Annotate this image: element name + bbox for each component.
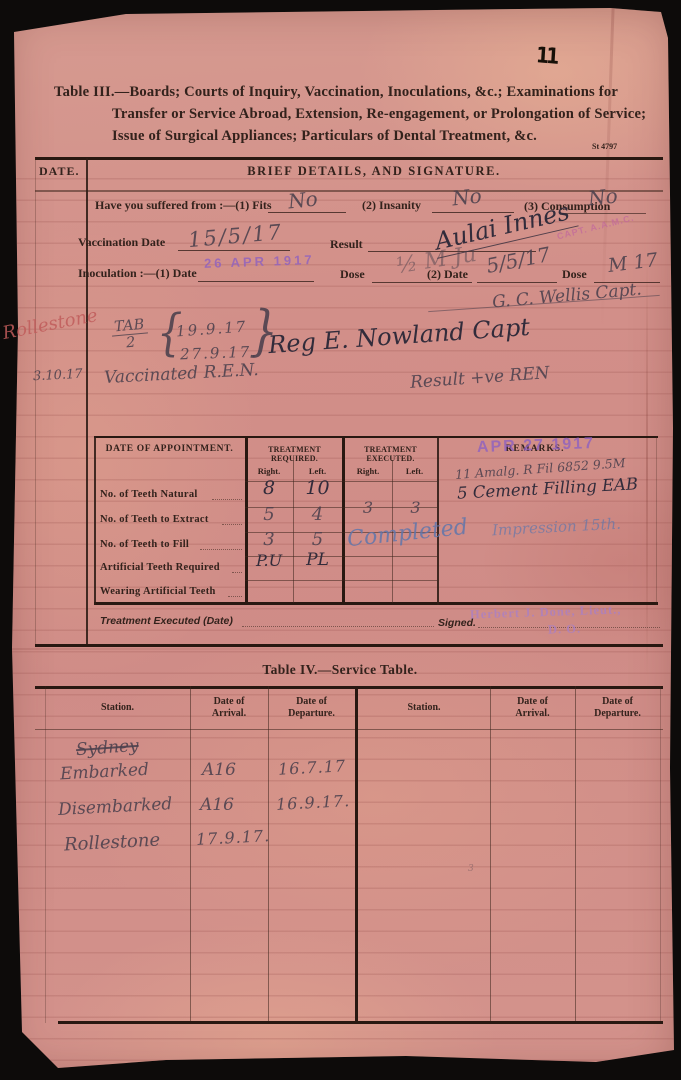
executed-right-subheader: Right. xyxy=(344,467,392,477)
executed-header: TREATMENT EXECUTED. xyxy=(344,445,437,463)
dose1-label: Dose xyxy=(340,268,365,282)
service-header-line xyxy=(35,729,663,730)
dental-leader-1 xyxy=(222,524,242,525)
service-col-line-4 xyxy=(575,686,576,1023)
required-header: TREATMENT REQUIRED. xyxy=(247,445,342,463)
treatment-executed-leader xyxy=(242,626,434,627)
inoculation-label: Inoculation :—(1) Date xyxy=(78,267,197,281)
artificial-required-right: P.U xyxy=(246,551,292,570)
form-title-line-1: Table III.—Boards; Courts of Inquiry, Va… xyxy=(54,84,618,101)
inoculation-date-underline xyxy=(198,281,314,282)
main-table-left-border xyxy=(35,158,36,646)
dental-leader-4 xyxy=(228,596,242,597)
required-left-subheader: Left. xyxy=(293,467,342,477)
scanned-document: 11 Table III.—Boards; Courts of Inquiry,… xyxy=(0,0,681,1080)
insanity-label: (2) Insanity xyxy=(362,199,421,213)
dental-row-line-4 xyxy=(245,580,437,581)
dose1-underline xyxy=(372,282,472,283)
form-title-line-2: Transfer or Service Abroad, Extension, R… xyxy=(112,106,646,123)
ink-mark: 11 xyxy=(535,43,557,70)
dose2-label: Dose xyxy=(562,268,587,282)
service-header-departure-1: Date of Departure. xyxy=(268,696,355,719)
service-middle-border xyxy=(355,686,358,1023)
artificial-required-left: PL xyxy=(294,550,341,570)
suffered-from-label: Have you suffered from :—(1) Fits xyxy=(95,199,272,213)
tab-number: 2 xyxy=(112,333,149,352)
service-row-1-departure: 16.7.17 xyxy=(278,756,347,779)
date-column-header: DATE. xyxy=(39,165,79,179)
main-table-top-border xyxy=(35,157,663,160)
dental-row-label-2: No. of Teeth to Fill xyxy=(100,539,189,551)
service-row-2-departure: 16.9.17. xyxy=(276,791,351,814)
extract-required-left: 4 xyxy=(294,504,341,525)
natural-required-left: 10 xyxy=(294,477,341,499)
fits-value: No xyxy=(287,187,319,214)
dental-row-label-1: No. of Teeth to Extract xyxy=(100,514,209,526)
executed-left-subheader: Left. xyxy=(392,467,437,477)
service-left-border xyxy=(45,686,46,1023)
service-header-arrival-2: Date of Arrival. xyxy=(490,696,575,719)
extract-executed-left: 3 xyxy=(394,498,437,517)
form-title-line-3: Issue of Surgical Appliances; Particular… xyxy=(112,128,537,145)
signed-stamp-line-2: D. O. xyxy=(548,621,582,637)
consumption-value: No xyxy=(587,184,619,211)
tab-fraction: TAB 2 xyxy=(111,316,150,352)
details-column-header: BRIEF DETAILS, AND SIGNATURE. xyxy=(88,164,660,178)
service-row-2-arrival: A16 xyxy=(200,795,234,815)
dental-row-label-3: Artificial Teeth Required xyxy=(100,562,220,574)
service-header-station-2: Station. xyxy=(358,702,490,714)
dental-row-label-0: No. of Teeth Natural xyxy=(100,489,198,501)
service-right-border xyxy=(660,686,661,1023)
result-label: Result xyxy=(330,238,363,252)
date-column-line xyxy=(86,158,88,646)
service-row-1-arrival: A16 xyxy=(202,760,236,780)
natural-required-right: 8 xyxy=(246,477,292,499)
service-row-3-arrival: 17.9.17. xyxy=(196,826,271,849)
dental-row-label-4: Wearing Artificial Teeth xyxy=(100,586,216,598)
main-table-bottom-border xyxy=(35,644,663,647)
dental-leader-2 xyxy=(200,549,242,550)
form-number: St 4797 xyxy=(592,142,617,151)
extract-executed-right: 3 xyxy=(344,498,392,517)
fill-required-left: 5 xyxy=(294,529,341,550)
main-table-header-line xyxy=(35,190,663,192)
fits-underline xyxy=(268,212,346,213)
insanity-value: No xyxy=(451,184,483,211)
service-header-station-1: Station. xyxy=(45,702,190,714)
appointment-header: DATE OF APPOINTMENT. xyxy=(94,444,245,455)
service-col-line-2 xyxy=(268,686,269,1023)
dental-right-border xyxy=(656,436,657,605)
entry-date: 3.10.17 xyxy=(33,367,83,385)
vaccination-date-label: Vaccination Date xyxy=(78,236,165,250)
service-col-line-3 xyxy=(490,686,491,1023)
required-right-subheader: Right. xyxy=(245,467,293,477)
service-header-departure-2: Date of Departure. xyxy=(575,696,660,719)
dental-leader-3 xyxy=(232,572,242,573)
date2-underline xyxy=(477,282,557,283)
dental-left-border xyxy=(94,436,96,605)
service-bottom-border xyxy=(58,1021,663,1024)
date2-label: (2) Date xyxy=(427,268,468,282)
extract-required-right: 5 xyxy=(246,504,292,525)
fill-required-right: 3 xyxy=(246,529,292,550)
service-top-border xyxy=(35,686,663,689)
dental-leader-0 xyxy=(212,499,242,500)
service-header-arrival-1: Date of Arrival. xyxy=(190,696,268,719)
service-table-title: Table IV.—Service Table. xyxy=(190,662,490,678)
stray-mark: 3 xyxy=(468,864,474,874)
service-col-line-1 xyxy=(190,686,191,1023)
treatment-executed-label: Treatment Executed (Date) xyxy=(100,615,233,627)
